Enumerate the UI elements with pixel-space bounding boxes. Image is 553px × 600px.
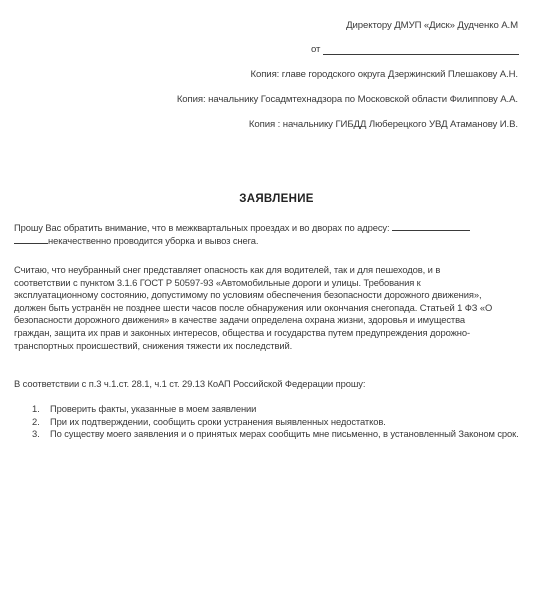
- requests-list: 1. Проверить факты, указанные в моем зая…: [32, 403, 532, 441]
- request-text: Проверить факты, указанные в моем заявле…: [50, 403, 256, 414]
- request-number: 2.: [32, 416, 40, 429]
- intro-paragraph: Прошу Вас обратить внимание, что в межкв…: [14, 222, 529, 247]
- addressee-line: Директору ДМУП «Диск» Дудченко А.М: [346, 20, 518, 31]
- address-blank-line: [392, 222, 470, 231]
- reasoning-line: соответствии с пунктом 3.1.6 ГОСТ Р 5059…: [14, 277, 529, 290]
- document-title: ЗАЯВЛЕНИЕ: [0, 193, 553, 205]
- request-item-1: 1. Проверить факты, указанные в моем зая…: [32, 403, 532, 416]
- request-item-3: 3. По существу моего заявления и о приня…: [32, 428, 532, 441]
- copy-line-1: Копия: главе городского округа Дзержинск…: [250, 69, 518, 80]
- reasoning-line: транспортных происшествий, снижения тяже…: [14, 340, 529, 353]
- intro-text-2: некачественно проводится уборка и вывоз …: [48, 235, 258, 246]
- intro-text-1: Прошу Вас обратить внимание, что в межкв…: [14, 222, 392, 233]
- reasoning-paragraph: Считаю, что неубранный снег представляет…: [14, 264, 529, 352]
- request-text: По существу моего заявления и о принятых…: [50, 428, 519, 439]
- request-text: При их подтверждении, сообщить сроки уст…: [50, 416, 386, 427]
- reasoning-line: безопасности дорожного движения» в качес…: [14, 314, 529, 327]
- from-field: от: [311, 43, 519, 55]
- address-blank-line-cont: [14, 235, 48, 244]
- reasoning-line: должен быть устранён не позднее шести ча…: [14, 302, 529, 315]
- intro-line-1: Прошу Вас обратить внимание, что в межкв…: [14, 222, 529, 235]
- copy-line-2: Копия: начальнику Госадмтехнадзора по Мо…: [177, 94, 518, 105]
- from-label: от: [311, 44, 320, 55]
- reasoning-line: граждан, защита их прав и законных интер…: [14, 327, 529, 340]
- request-number: 3.: [32, 428, 40, 441]
- reasoning-line: Считаю, что неубранный снег представляет…: [14, 264, 529, 277]
- request-item-2: 2. При их подтверждении, сообщить сроки …: [32, 416, 532, 429]
- reasoning-line: эксплуатационному состоянию, допустимому…: [14, 289, 529, 302]
- request-intro-text: В соответствии с п.3 ч.1.ст. 28.1, ч.1 с…: [14, 378, 529, 391]
- copy-line-3: Копия : начальнику ГИБДД Люберецкого УВД…: [249, 119, 518, 130]
- request-intro: В соответствии с п.3 ч.1.ст. 28.1, ч.1 с…: [14, 378, 529, 391]
- request-number: 1.: [32, 403, 40, 416]
- intro-line-2: некачественно проводится уборка и вывоз …: [14, 235, 529, 248]
- from-blank-line: [323, 44, 519, 55]
